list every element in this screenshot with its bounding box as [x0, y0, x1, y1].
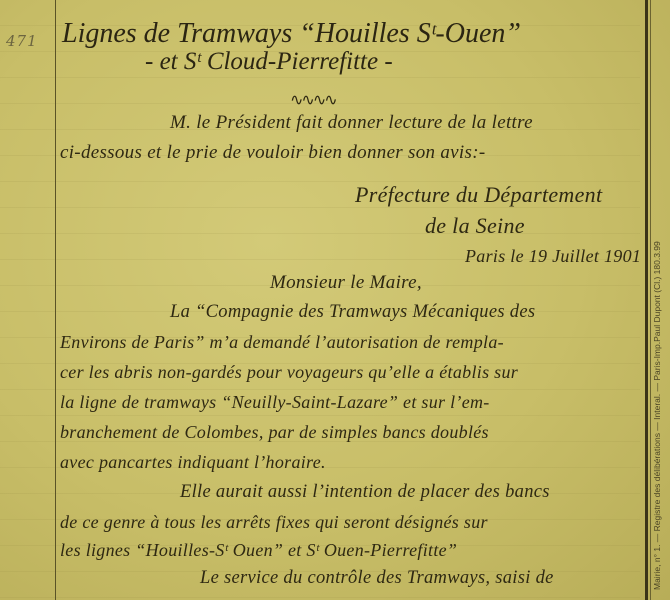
letterhead-prefecture: Préfecture du Département	[355, 182, 602, 208]
body-line-16: Le service du contrôle des Tramways, sai…	[200, 568, 554, 589]
right-margin-rule	[645, 0, 648, 600]
body-line-1: M. le Président fait donner lecture de l…	[170, 112, 533, 134]
letter-date: Paris le 19 Juillet 1901	[465, 246, 641, 267]
body-line-12: avec pancartes indiquant l’horaire.	[60, 452, 326, 473]
register-page: 471 Lignes de Tramways “Houilles Sᵗ-Ouen…	[0, 0, 670, 600]
body-line-9: cer les abris non-gardés pour voyageurs …	[60, 362, 518, 383]
left-margin-rule	[55, 0, 56, 600]
body-line-15: les lignes “Houilles-Sᵗ Ouen” et Sᵗ Ouen…	[60, 540, 457, 561]
register-imprint: Mairie, n° 1. — Registre des délibératio…	[652, 320, 666, 590]
body-line-2: ci-dessous et le prie de vouloir bien do…	[60, 142, 485, 164]
letterhead-seine: de la Seine	[425, 213, 525, 239]
title-flourish: ∿∿∿∿	[290, 90, 336, 109]
body-line-10: la ligne de tramways “Neuilly-Saint-Laza…	[60, 392, 490, 413]
folio-number: 471	[6, 32, 38, 50]
title-line-2: - et Sᵗ Cloud-Pierrefitte -	[145, 48, 393, 76]
body-line-14: de ce genre à tous les arrêts fixes qui …	[60, 512, 488, 533]
right-margin-rule-thin	[650, 0, 651, 600]
body-line-13: Elle aurait aussi l’intention de placer …	[180, 482, 550, 503]
body-line-7: La “Compagnie des Tramways Mécaniques de…	[170, 302, 535, 323]
title-line-1: Lignes de Tramways “Houilles Sᵗ-Ouen”	[62, 18, 521, 50]
body-line-8: Environs de Paris” m’a demandé l’autoris…	[60, 332, 504, 353]
letter-salutation: Monsieur le Maire,	[270, 272, 422, 294]
body-line-11: branchement de Colombes, par de simples …	[60, 422, 489, 443]
